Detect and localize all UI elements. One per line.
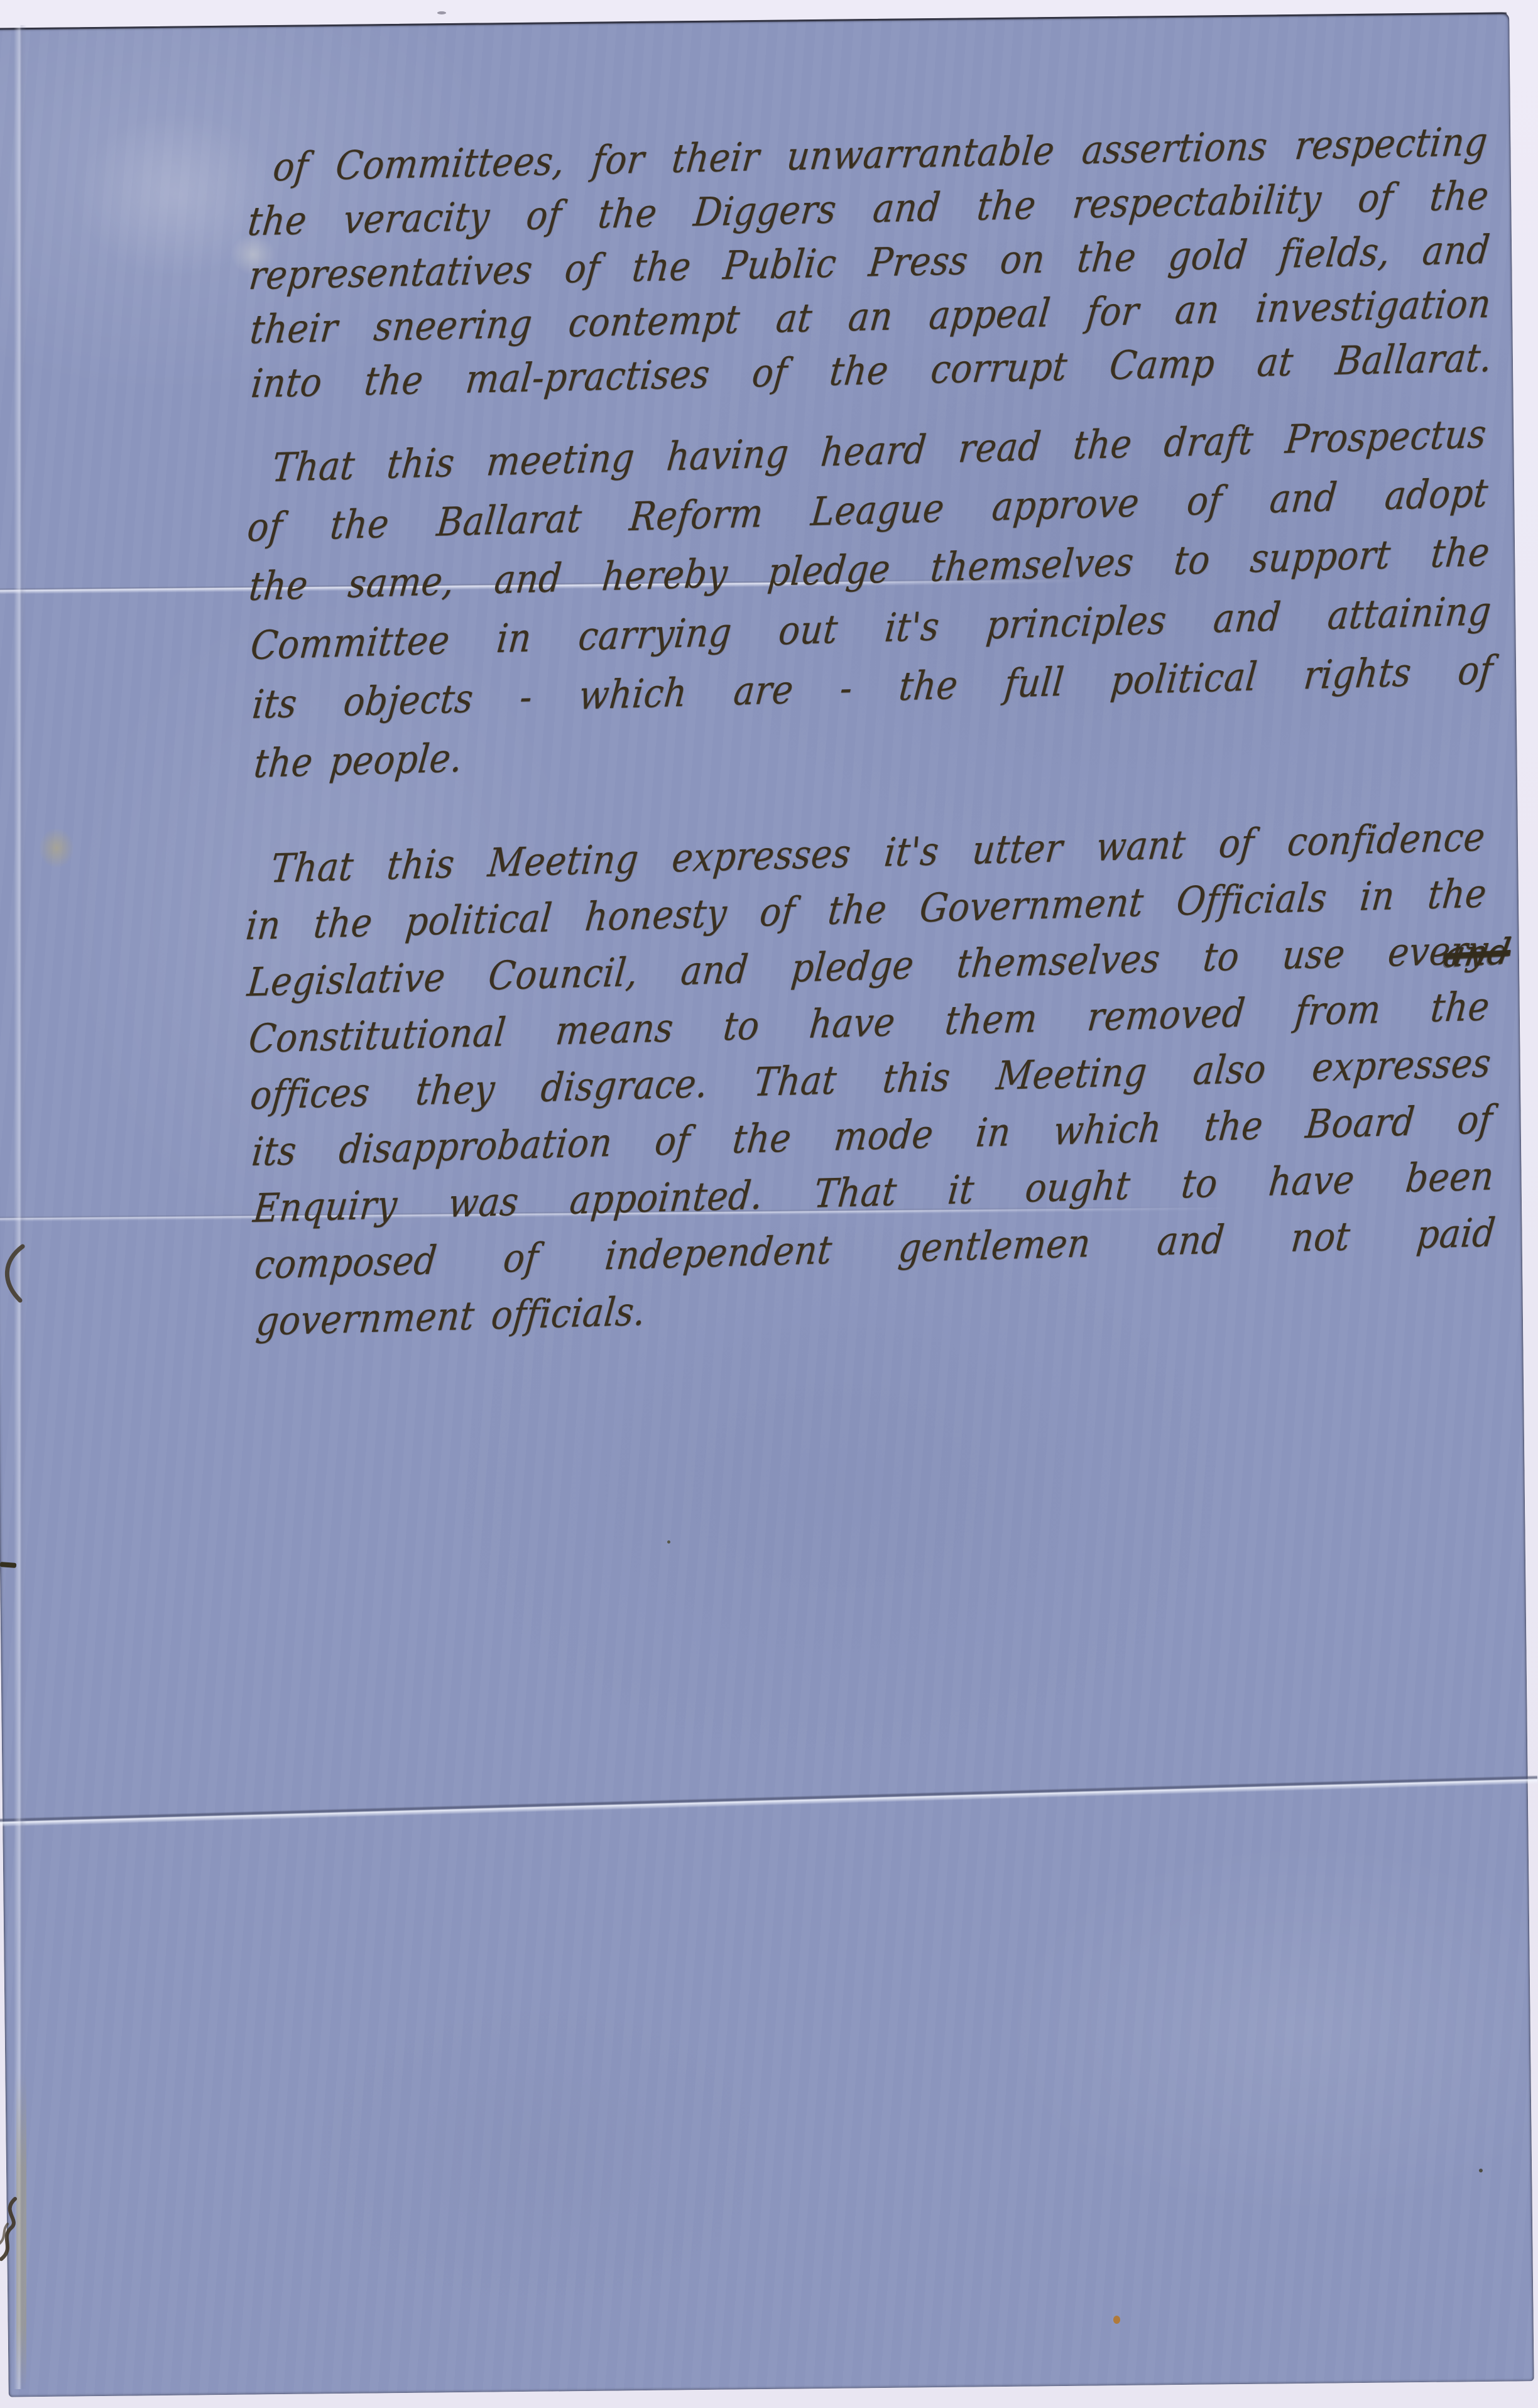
- strikethrough-word: and: [1441, 931, 1513, 976]
- paper-speck: [667, 1540, 670, 1544]
- ink-bleed-mark: [0, 1244, 28, 1304]
- handwritten-paragraph: That this Meeting expresses it's utter w…: [244, 809, 1498, 1350]
- ink-bleed-mark: [0, 1562, 16, 1568]
- ink-bleed-mark: [0, 2196, 29, 2262]
- scanned-document: of Committees, for their unwarrantable a…: [0, 0, 1538, 2408]
- handwritten-paragraph: of Committees, for their unwarrantable a…: [246, 116, 1493, 411]
- fold-crease-vertical-left: [14, 25, 26, 2389]
- paper-stain: [39, 828, 74, 868]
- handwritten-paragraph: That this meeting having heard read the …: [245, 405, 1495, 794]
- paper-speck: [1479, 2169, 1483, 2172]
- paper-speck: [437, 11, 446, 14]
- paper-speck: [1113, 2316, 1120, 2324]
